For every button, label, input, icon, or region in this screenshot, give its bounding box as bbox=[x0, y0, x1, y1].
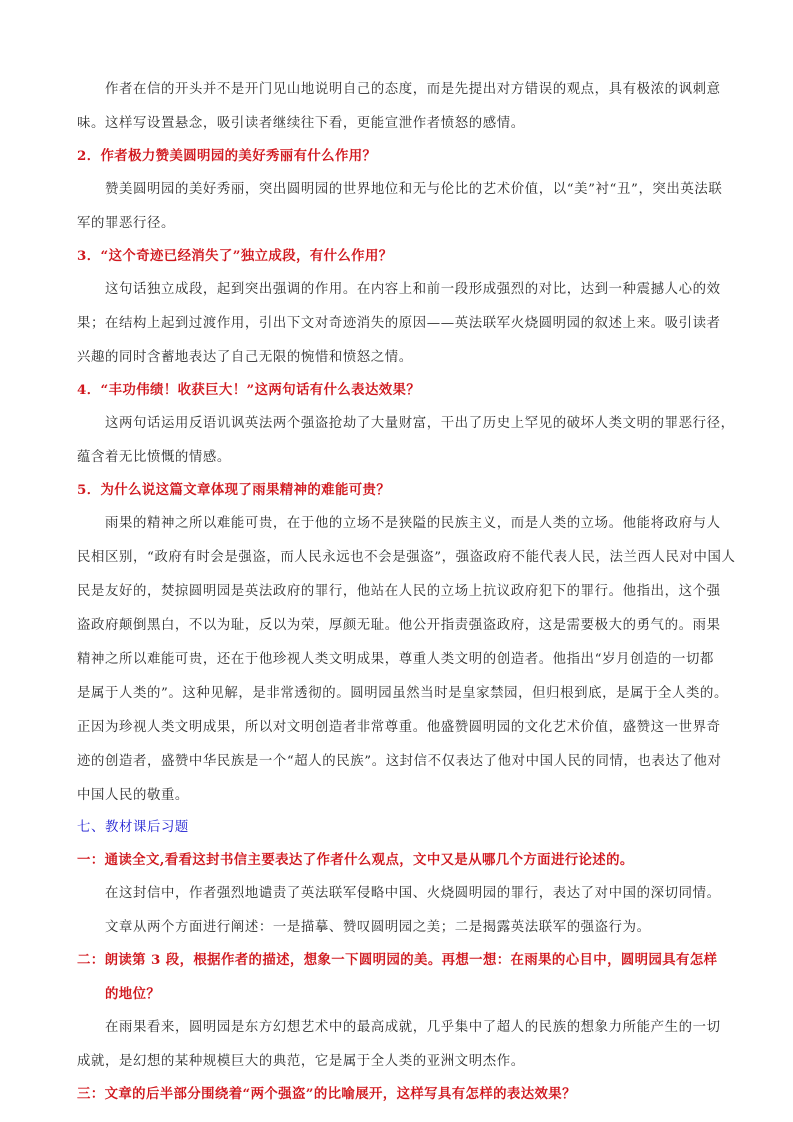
paragraph-line: 在雨果看来，圆明园是东方幻想艺术中的最高成就，几乎集中了超人的民族的想象力所能产… bbox=[105, 1018, 721, 1038]
paragraph-line: 雨果的精神之所以难能可贵，在于他的立场不是狭隘的民族主义，而是人类的立场。他能将… bbox=[105, 514, 721, 534]
question-heading: 3．“这个奇迹已经消失了”独立成段，有什么作用？ bbox=[77, 246, 393, 266]
paragraph-line: 文章从两个方面进行阐述：一是描摹、赞叹圆明园之美；二是揭露英法联军的强盗行为。 bbox=[105, 918, 651, 938]
paragraph-line: 兴趣的同时含蓄地表达了自己无限的惋惜和愤怒之情。 bbox=[77, 348, 413, 368]
paragraph-line: 盗政府颠倒黑白，不以为耻，反以为荣，厚颜无耻。他公开指责强盗政府，这是需要极大的… bbox=[77, 616, 721, 636]
question-heading: 一：通读全文,看看这封书信主要表达了作者什么观点，文中又是从哪几个方面进行论述的… bbox=[77, 850, 634, 870]
paragraph-line: 果；在结构上起到过渡作用，引出下文对奇迹消失的原因——英法联军火烧圆明园的叙述上… bbox=[77, 314, 721, 334]
paragraph-line: 味。这样写设置悬念，吸引读者继续往下看，更能宣泄作者愤怒的感情。 bbox=[77, 114, 525, 134]
question-heading: 二：朗读第 3 段，根据作者的描述，想象一下圆明园的美。再想一想：在雨果的心目中… bbox=[77, 950, 717, 970]
paragraph-line: 民是友好的，焚掠圆明园是英法政府的罪行，他站在人民的立场上抗议政府犯下的罪行。他… bbox=[77, 582, 721, 602]
question-heading: 5．为什么说这篇文章体现了雨果精神的难能可贵？ bbox=[77, 480, 390, 500]
paragraph-line: 民相区别，“政府有时会是强盗，而人民永远也不会是强盗”，强盗政府不能代表人民，法… bbox=[77, 548, 735, 568]
question-heading: 2．作者极力赞美圆明园的美好秀丽有什么作用？ bbox=[77, 146, 376, 166]
paragraph-line: 赞美圆明园的美好秀丽，突出圆明园的世界地位和无与伦比的艺术价值，以“美”衬“丑”… bbox=[105, 180, 722, 200]
paragraph-line: 蕴含着无比愤慨的情感。 bbox=[77, 448, 231, 468]
question-heading: 三：文章的后半部分围绕着“两个强盗”的比喻展开，这样写具有怎样的表达效果？ bbox=[77, 1084, 576, 1104]
paragraph-line: 这两句话运用反语讥讽英法两个强盗抢劫了大量财富，干出了历史上罕见的破坏人类文明的… bbox=[105, 414, 735, 434]
paragraph-line: 军的罪恶行径。 bbox=[77, 214, 175, 234]
paragraph-line: 中国人民的敬重。 bbox=[77, 786, 189, 806]
paragraph-line: 精神之所以难能可贵，还在于他珍视人类文明成果，尊重人类文明的创造者。他指出“岁月… bbox=[77, 650, 714, 670]
paragraph-line: 正因为珍视人类文明成果，所以对文明创造者非常尊重。他盛赞圆明园的文化艺术价值，盛… bbox=[77, 718, 721, 738]
paragraph-line: 是属于人类的”。这种见解，是非常透彻的。圆明园虽然当时是皇家禁园，但归根到底，是… bbox=[77, 684, 728, 704]
paragraph-line: 在这封信中，作者强烈地谴责了英法联军侵略中国、火烧圆明园的罪行，表达了对中国的深… bbox=[105, 884, 721, 904]
paragraph-line: 迹的创造者，盛赞中华民族是一个“超人的民族”。这封信不仅表达了他对中国人民的同情… bbox=[77, 752, 721, 772]
paragraph-line: 成就，是幻想的某种规模巨大的典范，它是属于全人类的亚洲文明杰作。 bbox=[77, 1052, 525, 1072]
paragraph-line: 这句话独立成段，起到突出强调的作用。在内容上和前一段形成强烈的对比，达到一种震撼… bbox=[105, 280, 721, 300]
question-heading: 的地位？ bbox=[105, 984, 160, 1004]
paragraph-line: 作者在信的开头并不是开门见山地说明自己的态度，而是先提出对方错误的观点，具有极浓… bbox=[105, 80, 721, 100]
section-heading: 七、教材课后习题 bbox=[77, 818, 189, 838]
question-heading: 4．“丰功伟绩！收获巨大！”这两句话有什么表达效果？ bbox=[77, 380, 420, 400]
